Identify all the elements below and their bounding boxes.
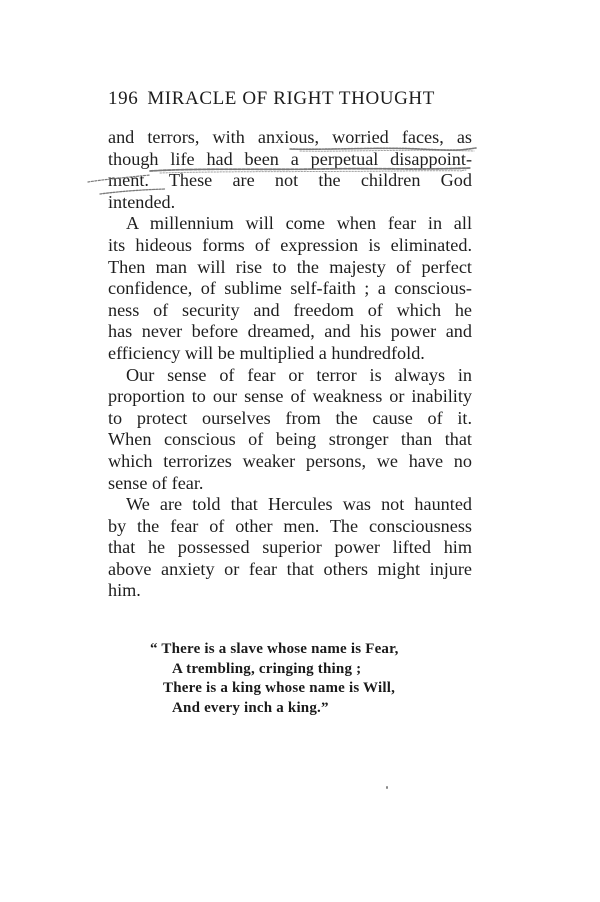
text-line: intended. — [108, 192, 472, 214]
text-line: sense of fear. — [108, 473, 472, 495]
text-line: and terrors, with anxious, worried faces… — [108, 127, 472, 149]
text-line: him. — [108, 580, 472, 602]
text-line: that he possessed superior power lifted … — [108, 537, 472, 559]
text-line: We are told that Hercules was not haunte… — [108, 494, 472, 516]
text-line: When conscious of being stronger than th… — [108, 429, 472, 451]
text-line: which terrorizes weaker persons, we have… — [108, 451, 472, 473]
poem-line: “ There is a slave whose name is Fear, — [150, 640, 399, 660]
running-title: MIRACLE OF RIGHT THOUGHT — [147, 88, 435, 109]
text-line: confidence, of sublime self-faith ; a co… — [108, 278, 472, 300]
text-line: proportion to our sense of weakness or i… — [108, 386, 472, 408]
poem-line: And every inch a king.” — [150, 699, 399, 719]
text-line: has never before dreamed, and his power … — [108, 321, 472, 343]
body-text: and terrors, with anxious, worried faces… — [108, 127, 472, 602]
text-line: Our sense of fear or terror is always in — [108, 365, 472, 387]
page-number: 196 — [108, 88, 138, 109]
book-page: 196MIRACLE OF RIGHT THOUGHT and terrors,… — [0, 0, 600, 902]
ink-speck — [386, 786, 388, 789]
poem-line: A trembling, cringing thing ; — [150, 660, 399, 680]
text-line: to protect ourselves from the cause of i… — [108, 408, 472, 430]
text-line: A millennium will come when fear in all — [108, 213, 472, 235]
text-line: Then man will rise to the majesty of per… — [108, 257, 472, 279]
running-head: 196MIRACLE OF RIGHT THOUGHT — [108, 88, 478, 110]
text-line: though life had been a perpetual disappo… — [108, 149, 472, 171]
text-line: its hideous forms of expression is elimi… — [108, 235, 472, 257]
text-line: above anxiety or fear that others might … — [108, 559, 472, 581]
text-line: efficiency will be multiplied a hundredf… — [108, 343, 472, 365]
poem-line: There is a king whose name is Will, — [150, 679, 399, 699]
poem-quote: “ There is a slave whose name is Fear, A… — [150, 640, 399, 718]
text-line: ness of security and freedom of which he — [108, 300, 472, 322]
text-line: ment. These are not the children God — [108, 170, 472, 192]
text-line: by the fear of other men. The consciousn… — [108, 516, 472, 538]
